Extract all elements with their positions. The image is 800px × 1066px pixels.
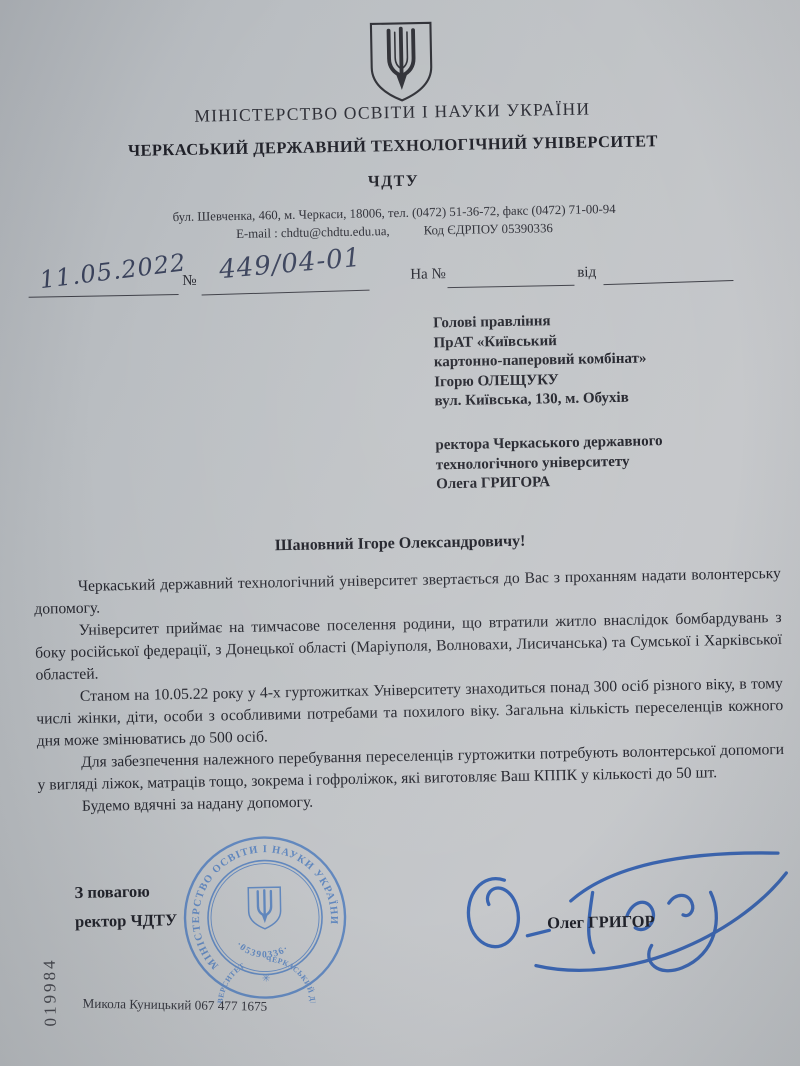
email-text: E-mail : chdtu@chdtu.edu.ua, [236, 224, 390, 241]
sender-line: Олега ГРИГОРА [436, 471, 664, 495]
closing-regards: З повагою [74, 876, 177, 907]
university-abbreviation: ЧДТУ [0, 166, 794, 199]
incoming-number-label: На № [410, 266, 446, 284]
sender-line: технологічного університету [436, 452, 664, 476]
letter-body: Черкаський державний технологічний уніве… [34, 563, 785, 819]
contact-person: Микола Куницький 067 477 1675 [82, 996, 267, 1015]
from-date-blank-line [603, 279, 733, 285]
from-date-label: від [577, 264, 596, 281]
form-number-vertical: 019984 [40, 957, 61, 1026]
letter-page: МІНІСТЕРСТВО ОСВІТИ І НАУКИ УКРАЇНИ ЧЕРК… [0, 0, 800, 1066]
signer-name: Олег ГРИГОР [547, 911, 655, 933]
closing-position: ректор ЧДТУ [75, 905, 178, 936]
handwritten-outgoing-number: 449/04-01 [218, 243, 362, 285]
sender-block: ректора Черкаського державного технологі… [435, 432, 663, 495]
incoming-number-blank-line [447, 284, 574, 288]
number-blank-line [202, 289, 370, 296]
trident-shield-icon [357, 19, 447, 105]
recipient-block: Голові правління ПрАТ «Київський картонн… [433, 310, 647, 411]
trident-point [396, 75, 407, 90]
recipient-line: вул. Київська, 130, м. Обухів [434, 388, 647, 411]
closing-block: З повагою ректор ЧДТУ [74, 876, 177, 936]
number-sign: № [182, 273, 197, 290]
university-round-stamp: МІНІСТЕРСТВО ОСВІТИ І НАУКИ УКРАЇНИ ЧЕРК… [177, 830, 352, 1005]
salutation: Шановний Ігоре Олександровичу! [0, 528, 800, 561]
date-blank-line [29, 293, 179, 298]
stamp-star-separator: ✳ [262, 973, 271, 984]
recipient-line: картонно-паперовий комбінат» [434, 349, 647, 372]
scanned-letter-photo: МІНІСТЕРСТВО ОСВІТИ І НАУКИ УКРАЇНИ ЧЕРК… [0, 0, 800, 1066]
rector-signature [442, 833, 795, 984]
handwritten-date: 11.05.2022 [38, 248, 188, 294]
edrpou-code: Код ЄДРПОУ 05390336 [424, 221, 553, 237]
stamp-trident-shield-icon [248, 887, 281, 929]
university-title: ЧЕРКАСЬКИЙ ДЕРЖАВНИЙ ТЕХНОЛОГІЧНИЙ УНІВЕ… [0, 129, 793, 164]
